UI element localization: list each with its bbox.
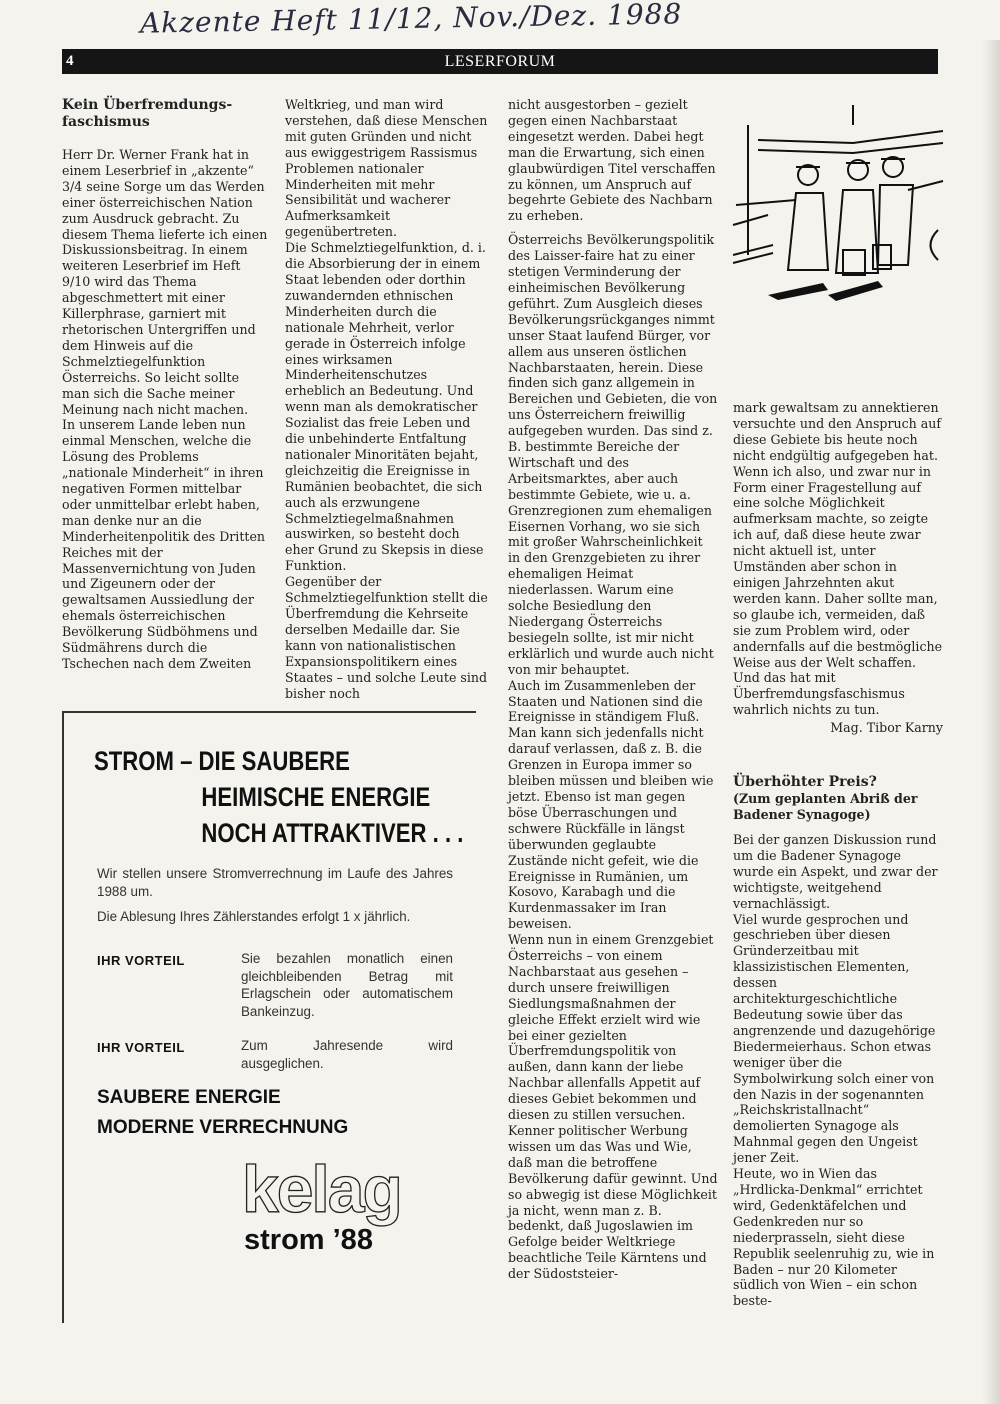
paragraph: In unserem Lande leben nun einmal Mensch…	[62, 417, 268, 672]
ad-headline: STROM – DIE SAUBERE HEIMISCHE ENERGIE NO…	[94, 743, 463, 851]
article1-title: Kein Überfremdungs- faschismus	[62, 97, 268, 131]
paragraph: Heute, wo in Wien das „Hrdlicka-Denkmal“…	[733, 1166, 943, 1309]
paragraph: Viel wurde gesprochen und geschrieben üb…	[733, 912, 943, 1167]
paragraph: Herr Dr. Werner Frank hat in einem Leser…	[62, 147, 268, 417]
paragraph: Weltkrieg, und man wird verstehen, daß d…	[285, 97, 491, 240]
paragraph: Wenn ich also, und zwar nur in Form eine…	[733, 464, 943, 719]
paragraph: mark gewaltsam zu annektieren versuchte …	[733, 400, 943, 464]
paragraph: Gegenüber der Schmelztiegelfunktion stel…	[285, 574, 491, 701]
article1-column-1: Kein Überfremdungs- faschismus Herr Dr. …	[62, 97, 268, 672]
logo-tagline: strom ’88	[244, 1224, 401, 1257]
kelag-advertisement: STROM – DIE SAUBERE HEIMISCHE ENERGIE NO…	[62, 711, 476, 1323]
article1-column-2: Weltkrieg, und man wird verstehen, daß d…	[285, 97, 491, 701]
advantage-text: Sie bezahlen monatlich einen gleichbleib…	[241, 950, 453, 1020]
paragraph: Die Schmelztiegelfunktion, d. i. die Abs…	[285, 240, 491, 574]
section-header-bar: 4 LESERFORUM	[62, 49, 938, 74]
handwritten-annotation: Akzente Heft 11/12, Nov./Dez. 1988	[140, 0, 683, 40]
kelag-logo: kelag strom ’88	[242, 1158, 401, 1257]
paragraph: nicht ausgestorben – gezielt gegen einen…	[508, 97, 718, 224]
advantage-label: IHR VORTEIL	[97, 953, 185, 968]
advantage-text: Zum Jahresende wird ausgeglichen.	[241, 1037, 453, 1072]
paragraph: Bei der ganzen Diskussion rund um die Ba…	[733, 832, 943, 912]
article1-column-3: nicht ausgestorben – gezielt gegen einen…	[508, 97, 718, 1282]
article2: Überhöhter Preis? (Zum geplanten Abriß d…	[733, 774, 943, 1309]
paragraph: Österreichs Bevölkerungspolitik des Lais…	[508, 232, 718, 677]
article2-title: Überhöhter Preis?	[733, 774, 943, 791]
ad-intro-1: Wir stellen unsere Stromverrechnung im L…	[97, 865, 453, 901]
advantage-label: IHR VORTEIL	[97, 1040, 185, 1055]
article1-column-4: mark gewaltsam zu annektieren versuchte …	[733, 400, 943, 1309]
ad-intro-2: Die Ablesung Ihres Zählerstandes erfolgt…	[97, 908, 453, 926]
logo-wordmark: kelag	[242, 1158, 401, 1220]
section-title: LESERFORUM	[62, 53, 938, 71]
paragraph: Auch im Zusammenleben der Staaten und Na…	[508, 678, 718, 933]
paragraph: Wenn nun in einem Grenzgebiet Österreich…	[508, 932, 718, 1282]
cartoon-illustration	[728, 105, 953, 330]
ad-slogan: SAUBERE ENERGIE MODERNE VERRECHNUNG	[97, 1083, 348, 1143]
author-signature: Mag. Tibor Karny	[733, 720, 943, 736]
page-edge-shadow	[982, 40, 1000, 1404]
article2-subtitle: (Zum geplanten Abriß der Badener Synagog…	[733, 791, 943, 823]
